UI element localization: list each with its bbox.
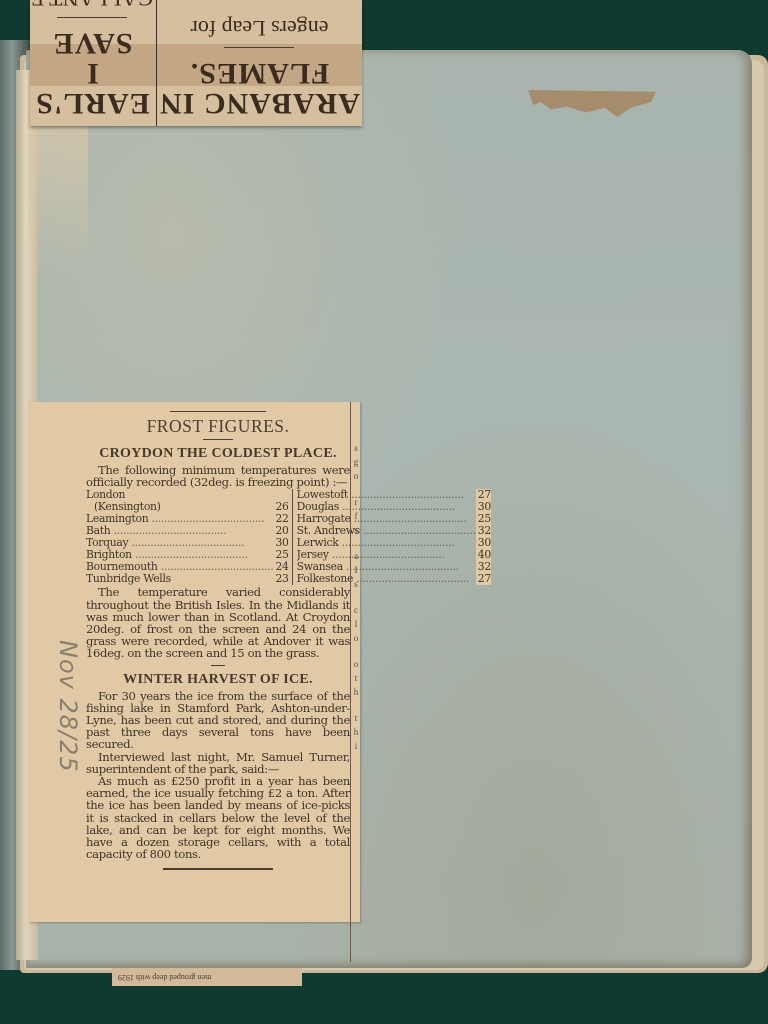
temperature-row: Brighton25 bbox=[86, 549, 289, 561]
section-title: WINTER HARVEST OF ICE. bbox=[86, 672, 350, 688]
place-name: Swansea bbox=[297, 561, 459, 573]
temperature-row: London bbox=[86, 489, 289, 501]
clipping-column-charabanc: ARABANC IN FLAMES. engers Leap for bbox=[156, 0, 362, 126]
place-name: Torquay bbox=[86, 537, 244, 549]
temperature-row: St. Andrews32 bbox=[297, 525, 491, 537]
fragment-char: h bbox=[351, 686, 361, 698]
place-name: Lowestoft bbox=[297, 489, 464, 501]
fragment-char: h bbox=[351, 726, 361, 738]
place-name: Tunbridge Wells bbox=[86, 573, 171, 585]
bottom-newspaper-strip: men grouped deep with 1929 bbox=[112, 968, 302, 986]
headline: FLAMES. bbox=[157, 58, 362, 88]
clipping-body: FROST FIGURES. CROYDON THE COLDEST PLACE… bbox=[86, 402, 350, 870]
clipping-column-earl: EARL'S I SAVE GALLANT F bbox=[30, 0, 155, 126]
fragment-char: o bbox=[351, 470, 361, 482]
temperature-row: Jersey40 bbox=[297, 549, 491, 561]
temperature-row: (Kensington)26 bbox=[86, 501, 289, 513]
headline: SAVE bbox=[30, 28, 155, 58]
top-newspaper-clipping: ARABANC IN FLAMES. engers Leap for EARL'… bbox=[30, 0, 362, 126]
temperature-table: London(Kensington)26Leamington22Bath20To… bbox=[86, 489, 350, 585]
fragment-char: o bbox=[351, 658, 361, 670]
temperature-row: Torquay30 bbox=[86, 537, 289, 549]
subheadline: engers Leap for bbox=[157, 15, 362, 41]
place-name: Jersey bbox=[297, 549, 445, 561]
fragment-char: o bbox=[351, 632, 361, 644]
fragment-char: g bbox=[351, 456, 361, 468]
article-paragraph: The temperature varied considerably thro… bbox=[86, 586, 350, 659]
place-name: Douglas bbox=[297, 501, 455, 513]
temperature-row: Harrogate25 bbox=[297, 513, 491, 525]
place-name: London bbox=[86, 489, 125, 501]
place-name: Bournemouth bbox=[86, 561, 273, 573]
place-name: St. Andrews bbox=[297, 525, 476, 537]
article-title: FROST FIGURES. bbox=[86, 416, 350, 437]
headline: ARABANC IN bbox=[157, 88, 362, 118]
place-name: Folkestone bbox=[297, 573, 469, 585]
fragment-char: f bbox=[351, 510, 361, 522]
temperature-value: 27 bbox=[476, 573, 491, 585]
adjacent-column-fragment: sgorfsaIsclooththi bbox=[350, 402, 361, 962]
headline: EARL'S I bbox=[30, 58, 155, 118]
fragment-char: a bbox=[351, 550, 361, 562]
divider bbox=[225, 47, 295, 48]
temperature-row: Lowestoft27 bbox=[297, 489, 491, 501]
article-subtitle: CROYDON THE COLDEST PLACE. bbox=[86, 446, 350, 462]
place-name: (Kensington) bbox=[94, 501, 161, 513]
title-rule bbox=[203, 439, 233, 440]
section-rule bbox=[211, 665, 225, 666]
fragment-char: r bbox=[351, 496, 361, 508]
temperature-row: Bath20 bbox=[86, 525, 289, 537]
fragment-char: s bbox=[351, 578, 361, 590]
fragment-char: t bbox=[351, 672, 361, 684]
fragment-char: s bbox=[351, 442, 361, 454]
article-intro: The following minimum temperatures were … bbox=[86, 464, 350, 488]
temperature-row: Lerwick30 bbox=[297, 537, 491, 549]
temperature-row: Leamington22 bbox=[86, 513, 289, 525]
place-name: Harrogate bbox=[297, 513, 467, 525]
fragment-char: l bbox=[351, 618, 361, 630]
place-name: Leamington bbox=[86, 513, 264, 525]
bottom-rule bbox=[163, 868, 273, 870]
place-name: Lerwick bbox=[297, 537, 455, 549]
place-name: Bath bbox=[86, 525, 226, 537]
discoloration-left bbox=[28, 110, 88, 270]
temperature-value: 23 bbox=[273, 573, 288, 585]
temperature-column-right: Lowestoft27Douglas30Harrogate25St. Andre… bbox=[293, 489, 491, 585]
top-rule bbox=[170, 411, 266, 412]
article-paragraph: For 30 years the ice from the surface of… bbox=[86, 690, 350, 751]
temperature-row: Swansea32 bbox=[297, 561, 491, 573]
subheadline: GALLANT F bbox=[30, 0, 155, 11]
temperature-row: Tunbridge Wells23 bbox=[86, 573, 289, 585]
temperature-row: Folkestone27 bbox=[297, 573, 491, 585]
fragment-char: s bbox=[351, 524, 361, 536]
fragment-char: t bbox=[351, 712, 361, 724]
article-paragraph: Interviewed last night, Mr. Samuel Turne… bbox=[86, 751, 350, 775]
fragment-char: I bbox=[351, 564, 361, 576]
place-name: Brighton bbox=[86, 549, 248, 561]
fragment-char: c bbox=[351, 604, 361, 616]
article-paragraph: As much as £250 profit in a year has bee… bbox=[86, 775, 350, 860]
handwritten-date: Nov 28/25 bbox=[54, 640, 82, 680]
temperature-column-left: London(Kensington)26Leamington22Bath20To… bbox=[86, 489, 293, 585]
temperature-row: Douglas30 bbox=[297, 501, 491, 513]
divider bbox=[58, 17, 128, 18]
temperature-row: Bournemouth24 bbox=[86, 561, 289, 573]
fragment-char: i bbox=[351, 740, 361, 752]
